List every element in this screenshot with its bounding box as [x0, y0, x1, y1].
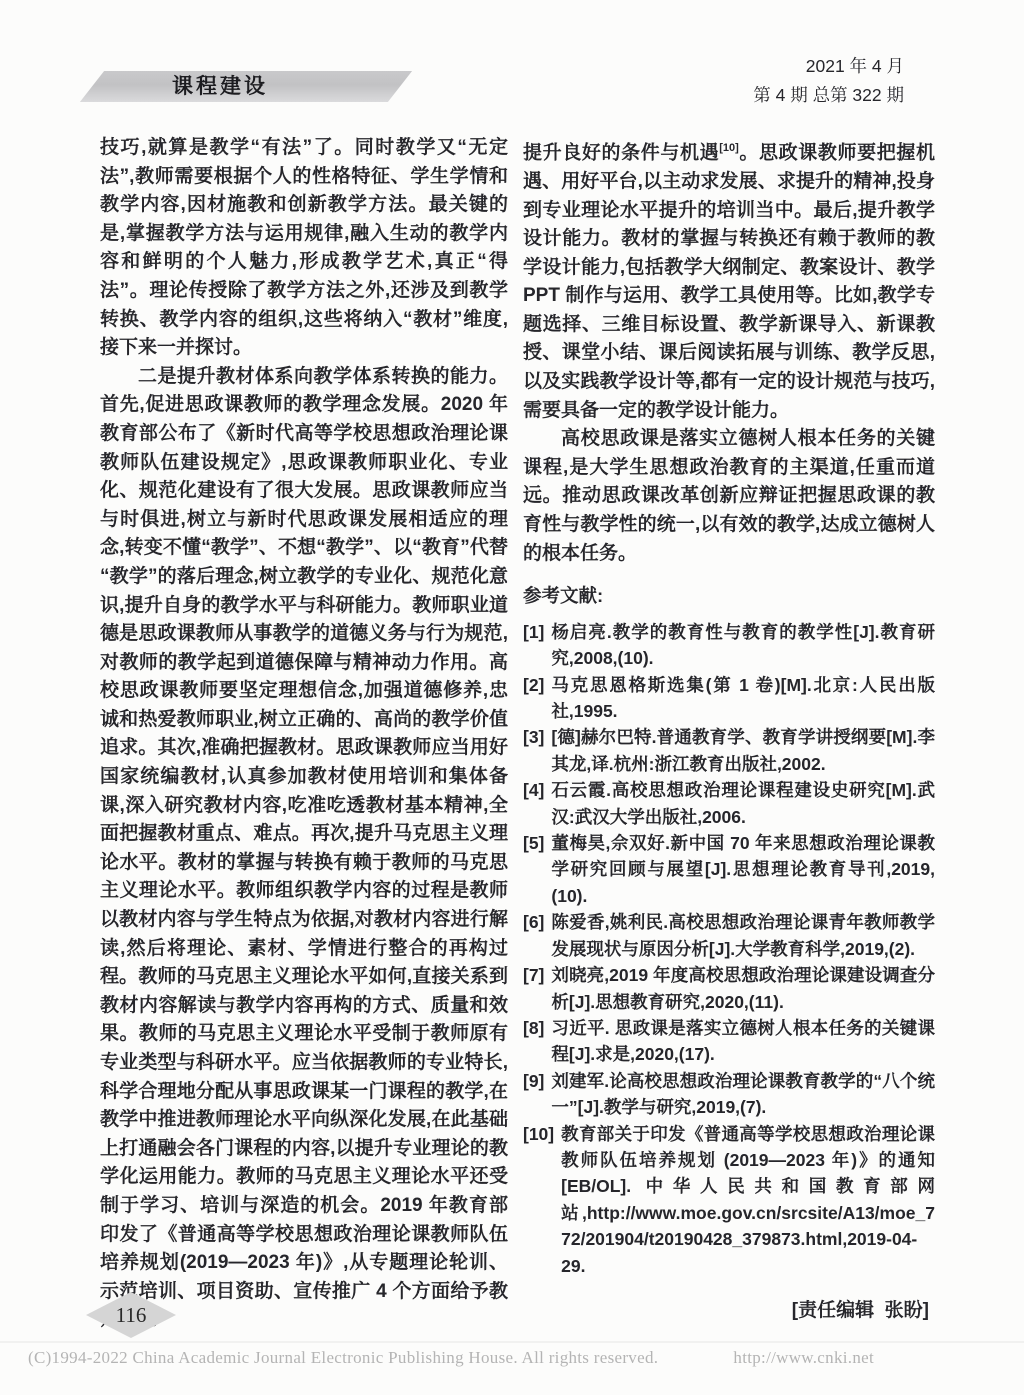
reference-label: [1]: [523, 619, 544, 645]
reference-item: [4]石云霞.高校思想政治理论课程建设史研究[M].武汉:武汉大学出版社,200…: [523, 777, 935, 830]
paragraph-text: 提升良好的条件与机遇: [523, 142, 719, 163]
body-paragraph: 提升良好的条件与机遇[10]。思政课教师要把握机遇、用好平台,以主动求发展、求提…: [523, 134, 935, 425]
references-heading: 参考文献:: [523, 582, 935, 611]
reference-label: [2]: [523, 672, 544, 698]
reference-label: [5]: [523, 830, 544, 856]
paragraph-text: 。思政课教师要把握机遇、用好平台,以主动求发展、求提升的精神,投身到专业理论水平…: [523, 142, 935, 420]
reference-item: [1]杨启亮.教学的教育性与教育的教学性[J].教育研究,2008,(10).: [523, 619, 935, 672]
reference-text: 教育部关于印发《普通高等学校思想政治理论课教师队伍培养规划 (2019—2023…: [561, 1121, 935, 1279]
issue-date: 2021 年 4 月: [753, 52, 904, 81]
journal-page: 课程建设 2021 年 4 月 第 4 期 总第 322 期 技巧,就算是教学“…: [0, 0, 1024, 1395]
journal-issue-info: 2021 年 4 月 第 4 期 总第 322 期: [753, 52, 904, 110]
reference-item: [9]刘建军.论高校思想政治理论课教育教学的“八个统一”[J].教学与研究,20…: [523, 1068, 935, 1121]
reference-item: [8]习近平. 思政课是落实立德树人根本任务的关键课程[J].求是,2020,(…: [523, 1015, 935, 1068]
reference-text: 董梅昊,佘双好.新中国 70 年来思想政治理论课教学研究回顾与展望[J].思想理…: [551, 830, 935, 909]
body-paragraph: 技巧,就算是教学“有法”了。同时教学又“无定法”,教师需要根据个人的性格特征、学…: [100, 134, 508, 363]
reference-label: [3]: [523, 724, 544, 750]
page-number: 116: [116, 1303, 147, 1328]
copyright-text: (C)1994-2022 China Academic Journal Elec…: [28, 1348, 658, 1368]
editor-note: [责任编辑 张盼]: [523, 1297, 929, 1326]
body-paragraph: 二是提升教材体系向教学体系转换的能力。首先,促进思政课教师的教学理念发展。202…: [100, 363, 508, 1335]
reference-label: [9]: [523, 1068, 544, 1094]
body-paragraph: 高校思政课是落实立德树人根本任务的关键课程,是大学生思想政治教育的主渠道,任重而…: [523, 425, 935, 568]
right-column: 提升良好的条件与机遇[10]。思政课教师要把握机遇、用好平台,以主动求发展、求提…: [523, 134, 935, 1326]
reference-text: 马克思恩格斯选集(第 1 卷)[M].北京:人民出版社,1995.: [551, 672, 935, 725]
references-list: [1]杨启亮.教学的教育性与教育的教学性[J].教育研究,2008,(10). …: [523, 619, 935, 1279]
reference-text: 刘晓亮,2019 年度高校思想政治理论课建设调查分析[J].思想教育研究,202…: [551, 962, 935, 1015]
cnki-url: http://www.cnki.net: [733, 1348, 874, 1368]
section-label: 课程建设: [172, 71, 268, 102]
citation-superscript: [10]: [719, 142, 739, 154]
reference-label: [6]: [523, 909, 544, 935]
reference-text: [德]赫尔巴特.普通教育学、教育学讲授纲要[M].李其龙,译.杭州:浙江教育出版…: [551, 724, 935, 777]
reference-text: 杨启亮.教学的教育性与教育的教学性[J].教育研究,2008,(10).: [551, 619, 935, 672]
reference-item: [3][德]赫尔巴特.普通教育学、教育学讲授纲要[M].李其龙,译.杭州:浙江教…: [523, 724, 935, 777]
reference-text: 石云霞.高校思想政治理论课程建设史研究[M].武汉:武汉大学出版社,2006.: [551, 777, 935, 830]
copyright-bar: (C)1994-2022 China Academic Journal Elec…: [28, 1348, 874, 1368]
reference-item: [5]董梅昊,佘双好.新中国 70 年来思想政治理论课教学研究回顾与展望[J].…: [523, 830, 935, 909]
scan-artifact-line: [0, 1341, 1024, 1343]
reference-item: [6]陈爱香,姚利民.高校思想政治理论课青年教师教学发展现状与原因分析[J].大…: [523, 909, 935, 962]
reference-item: [2]马克思恩格斯选集(第 1 卷)[M].北京:人民出版社,1995.: [523, 672, 935, 725]
reference-label: [4]: [523, 777, 544, 803]
reference-text: 陈爱香,姚利民.高校思想政治理论课青年教师教学发展现状与原因分析[J].大学教育…: [551, 909, 935, 962]
reference-text: 刘建军.论高校思想政治理论课教育教学的“八个统一”[J].教学与研究,2019,…: [551, 1068, 935, 1121]
reference-label: [8]: [523, 1015, 544, 1041]
left-column: 技巧,就算是教学“有法”了。同时教学又“无定法”,教师需要根据个人的性格特征、学…: [100, 134, 508, 1335]
reference-label: [7]: [523, 962, 544, 988]
reference-text: 习近平. 思政课是落实立德树人根本任务的关键课程[J].求是,2020,(17)…: [551, 1015, 935, 1068]
reference-item: [7]刘晓亮,2019 年度高校思想政治理论课建设调查分析[J].思想教育研究,…: [523, 962, 935, 1015]
reference-item: [10]教育部关于印发《普通高等学校思想政治理论课教师队伍培养规划 (2019—…: [523, 1121, 935, 1279]
reference-label: [10]: [523, 1121, 554, 1147]
issue-number: 第 4 期 总第 322 期: [753, 81, 904, 110]
